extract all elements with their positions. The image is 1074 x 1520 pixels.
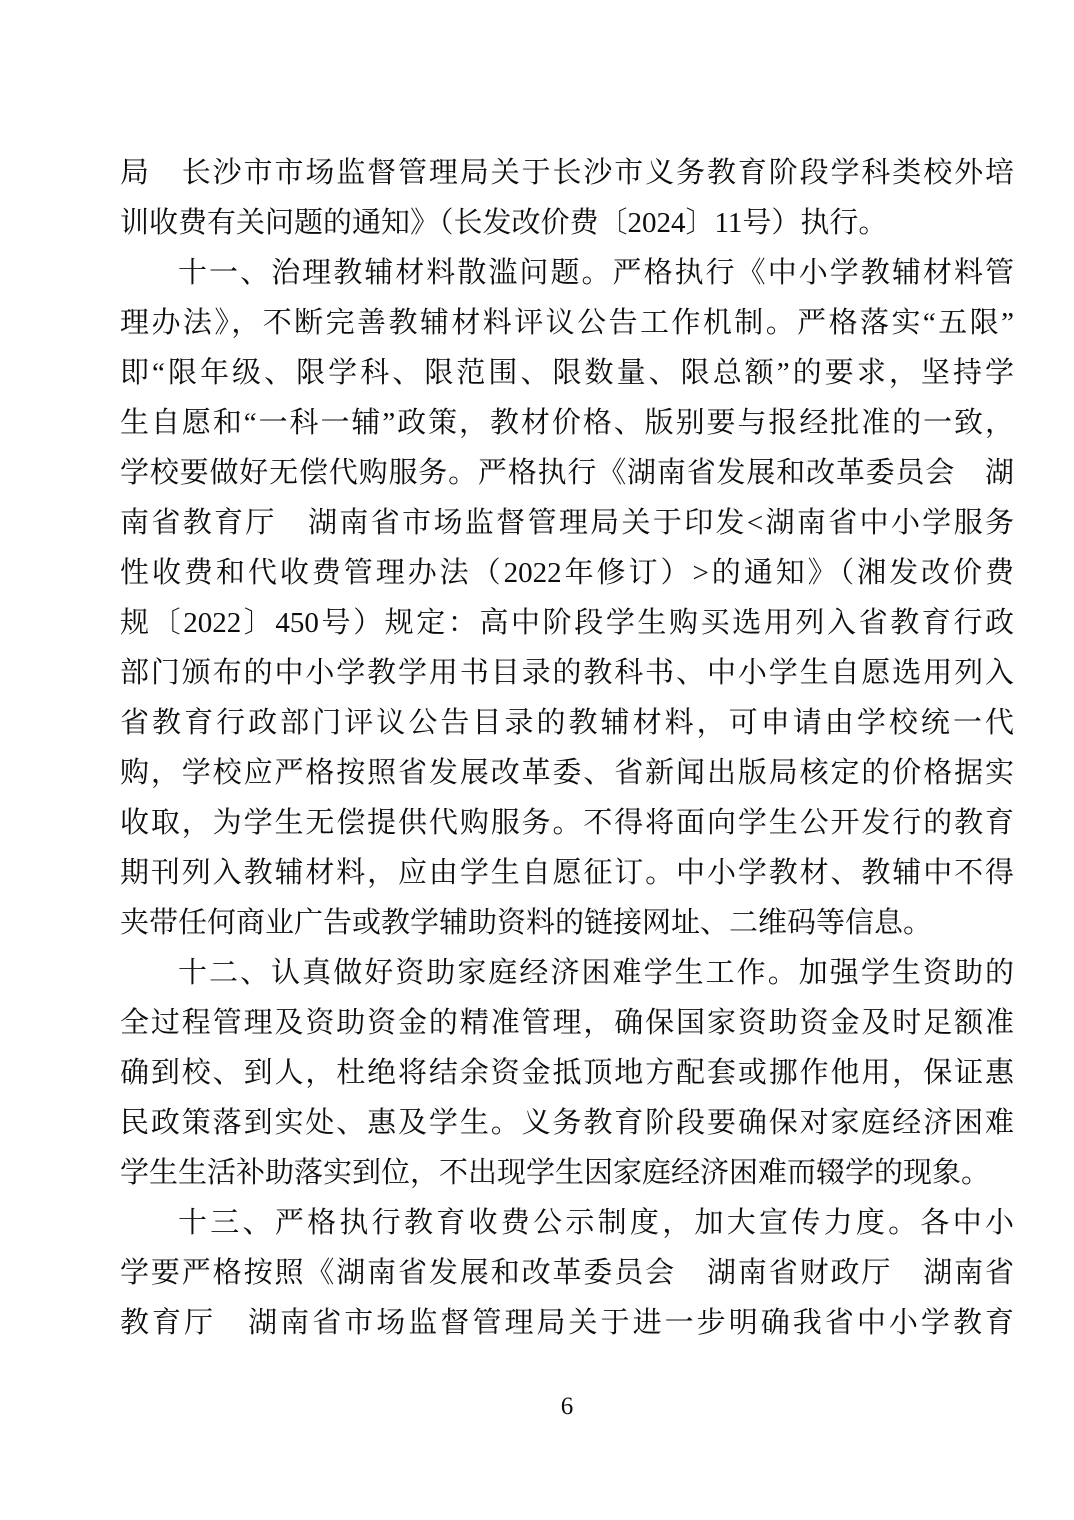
text-line: 部门颁布的中小学教学用书目录的教科书、中小学生自愿选用列入	[120, 648, 1014, 698]
text-line: 夹带任何商业广告或教学辅助资料的链接网址、二维码等信息。	[120, 898, 1014, 948]
document-page: 局 长沙市市场监督管理局关于长沙市义务教育阶段学科类校外培 训收费有关问题的通知…	[0, 0, 1074, 1520]
page-footer: 6	[120, 1392, 1014, 1422]
text-line: 性收费和代收费管理办法（2022年修订）>的通知》（湘发改价费	[120, 548, 1014, 598]
text-line: 训收费有关问题的通知》（长发改价费〔2024〕11号）执行。	[120, 198, 1014, 248]
page-number: 6	[561, 1392, 574, 1422]
text-line: 全过程管理及资助资金的精准管理，确保国家资助资金及时足额准	[120, 998, 1014, 1048]
text-line: 收取，为学生无偿提供代购服务。不得将面向学生公开发行的教育	[120, 798, 1014, 848]
text-line: 南省教育厅 湖南省市场监督管理局关于印发<湖南省中小学服务	[120, 498, 1014, 548]
text-line: 期刊列入教辅材料，应由学生自愿征订。中小学教材、教辅中不得	[120, 848, 1014, 898]
text-line: 学要严格按照《湖南省发展和改革委员会 湖南省财政厅 湖南省	[120, 1248, 1014, 1298]
text-line: 十三、严格执行教育收费公示制度，加大宣传力度。各中小	[120, 1198, 1014, 1248]
text-line: 十一、治理教辅材料散滥问题。严格执行《中小学教辅材料管	[120, 248, 1014, 298]
text-line: 教育厅 湖南省市场监督管理局关于进一步明确我省中小学教育	[120, 1298, 1014, 1348]
text-line: 民政策落到实处、惠及学生。义务教育阶段要确保对家庭经济困难	[120, 1098, 1014, 1148]
text-line: 生自愿和“一科一辅”政策，教材价格、版别要与报经批准的一致，	[120, 398, 1014, 448]
text-line: 学校要做好无偿代购服务。严格执行《湖南省发展和改革委员会 湖	[120, 448, 1014, 498]
text-line: 即“限年级、限学科、限范围、限数量、限总额”的要求，坚持学	[120, 348, 1014, 398]
text-line: 确到校、到人，杜绝将结余资金抵顶地方配套或挪作他用，保证惠	[120, 1048, 1014, 1098]
text-line: 购，学校应严格按照省发展改革委、省新闻出版局核定的价格据实	[120, 748, 1014, 798]
document-text-body: 局 长沙市市场监督管理局关于长沙市义务教育阶段学科类校外培 训收费有关问题的通知…	[120, 148, 1014, 1348]
text-line: 理办法》，不断完善教辅材料评议公告工作机制。严格落实“五限”	[120, 298, 1014, 348]
text-line: 省教育行政部门评议公告目录的教辅材料，可申请由学校统一代	[120, 698, 1014, 748]
text-line: 学生生活补助落实到位，不出现学生因家庭经济困难而辍学的现象。	[120, 1148, 1014, 1198]
text-line: 局 长沙市市场监督管理局关于长沙市义务教育阶段学科类校外培	[120, 148, 1014, 198]
text-line: 十二、认真做好资助家庭经济困难学生工作。加强学生资助的	[120, 948, 1014, 998]
text-line: 规〔2022〕450号）规定：高中阶段学生购买选用列入省教育行政	[120, 598, 1014, 648]
